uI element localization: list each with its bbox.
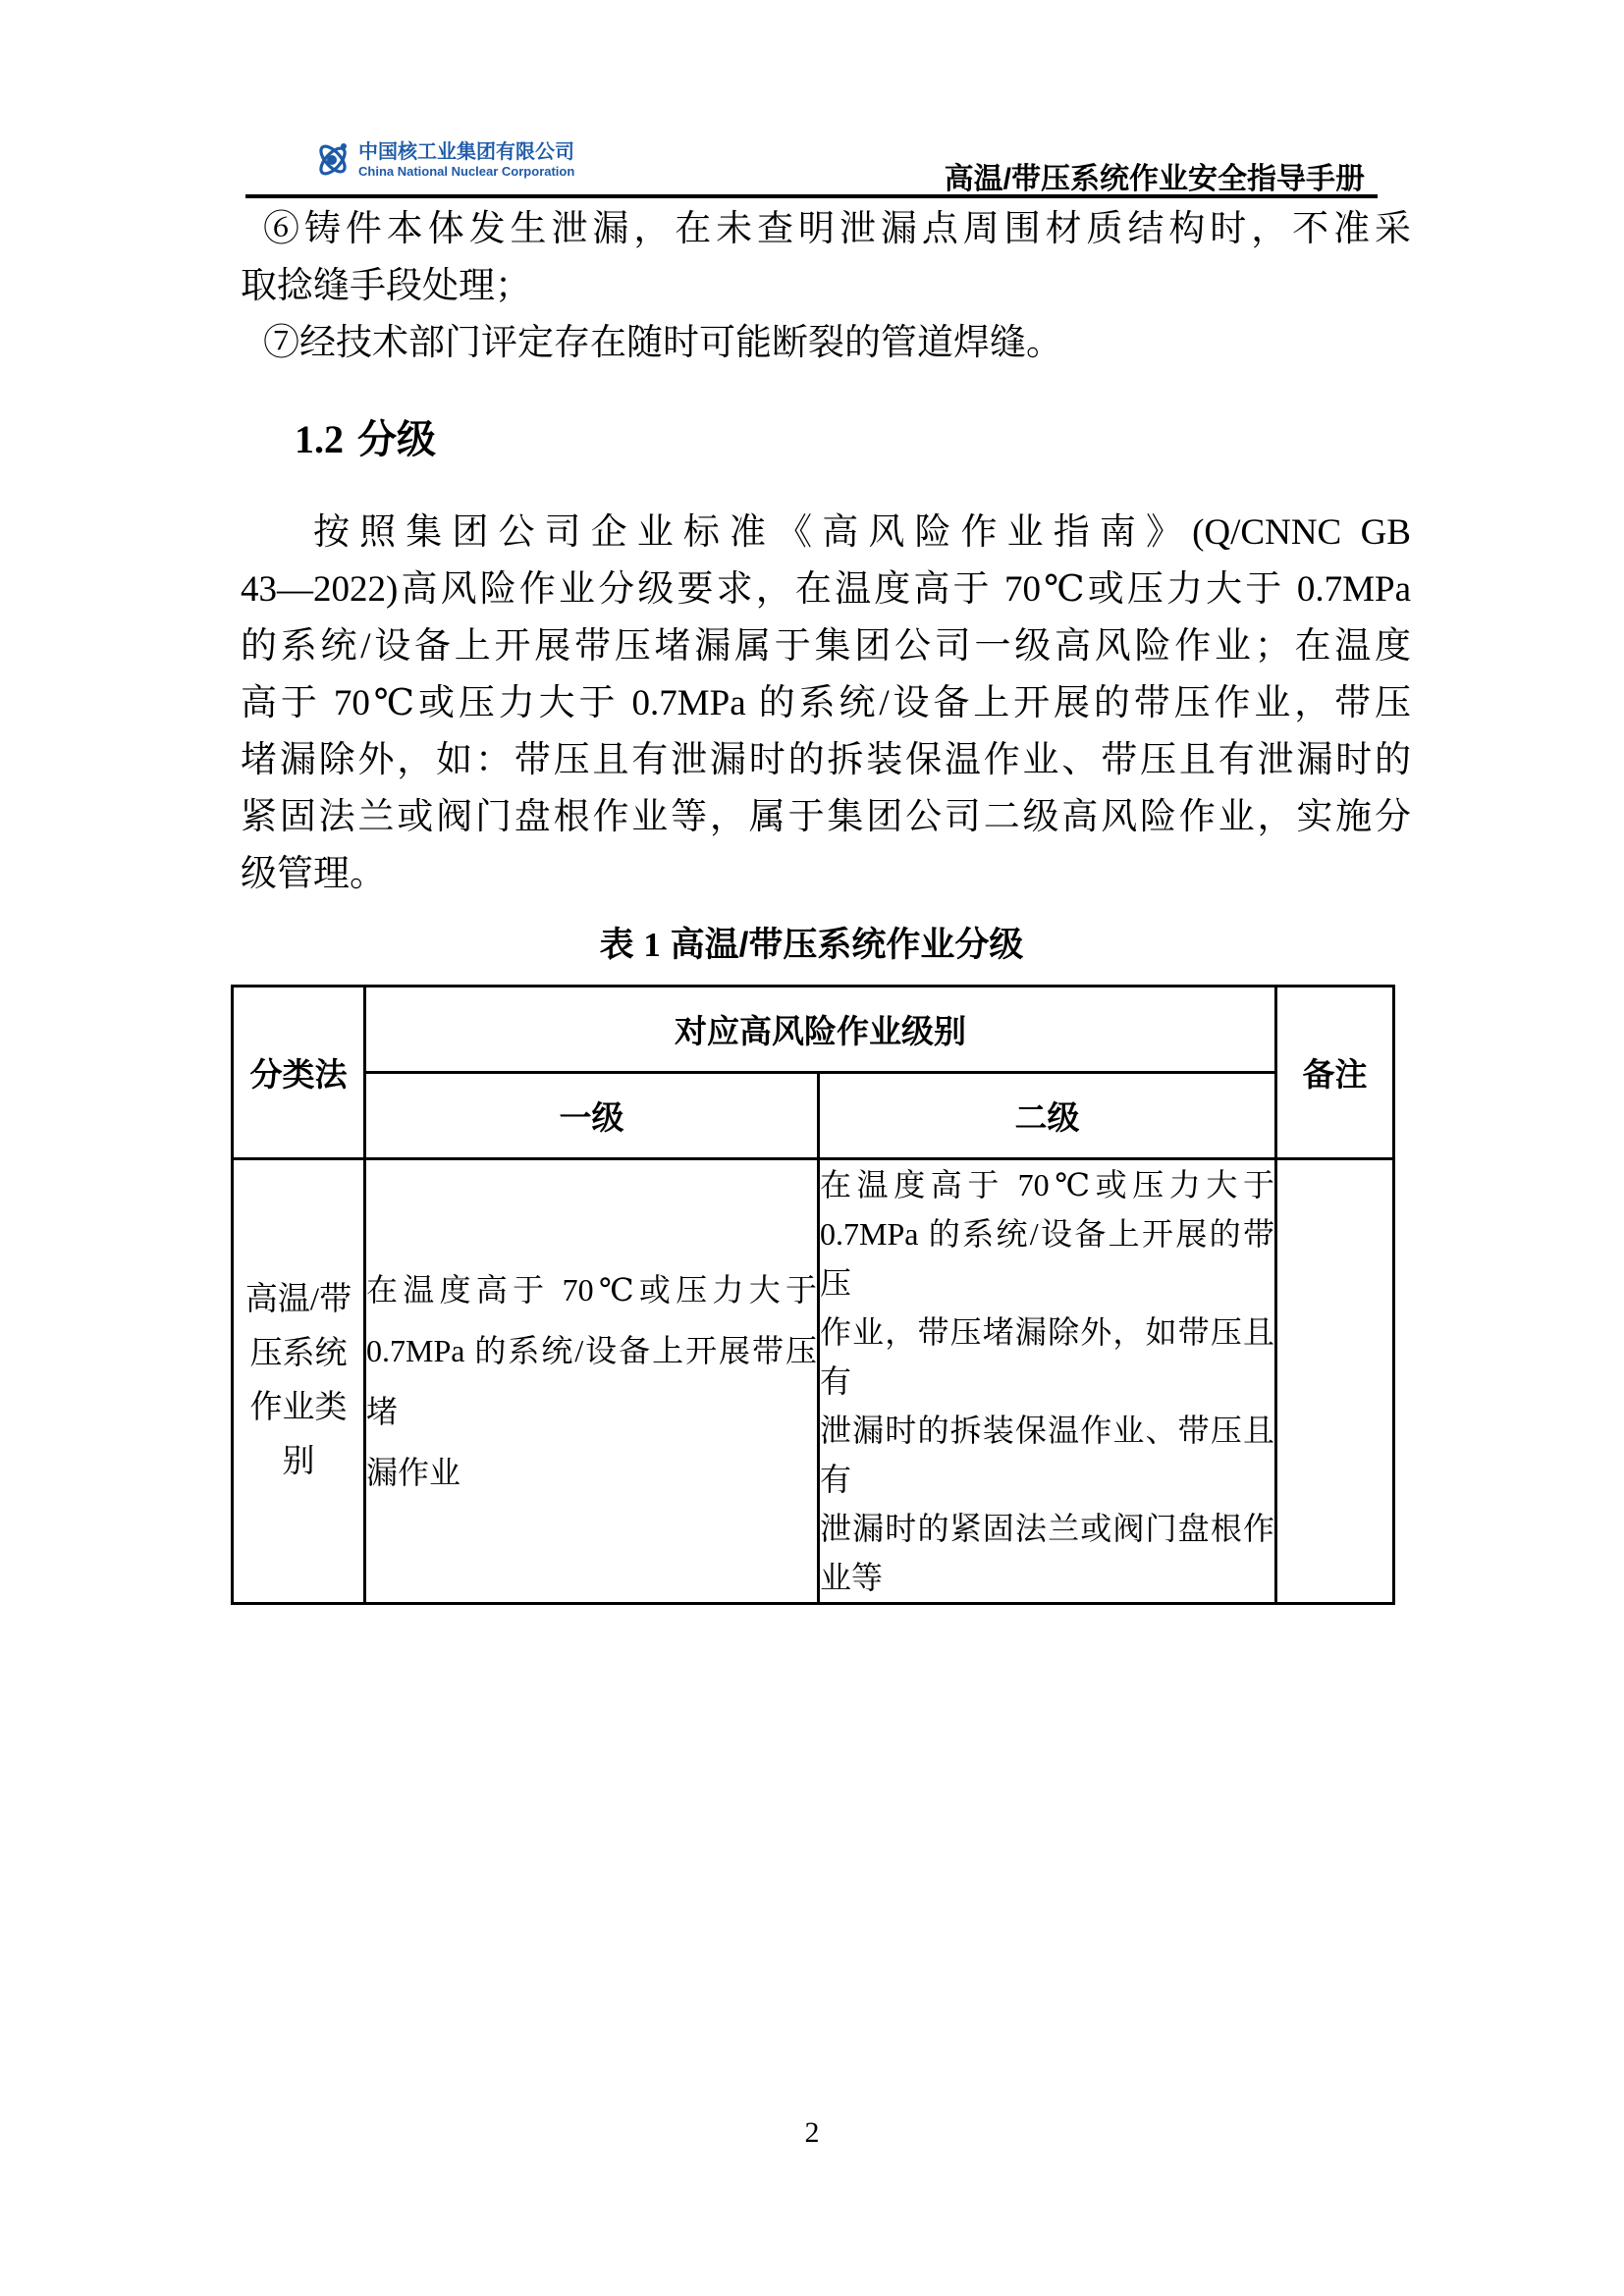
th-level-1: 一级 <box>365 1073 819 1159</box>
paragraph-line: 43—2022)高风险作业分级要求，在温度高于 70℃或压力大于 0.7MPa <box>241 561 1411 618</box>
section-number: 1.2 <box>295 417 344 461</box>
table-caption-prefix: 表 <box>600 926 634 964</box>
cell-category-line: 别 <box>234 1435 363 1489</box>
table-caption: 表 1 高温/带压系统作业分级 <box>231 927 1392 964</box>
clause-6-line-2: 取捻缝手段处理； <box>241 258 1411 315</box>
cell-level-2: 在温度高于 70℃或压力大于 0.7MPa 的系统/设备上开展的带压 作业，带压… <box>819 1159 1276 1604</box>
cell-category-line: 高温/带 <box>234 1273 363 1327</box>
logo-en-name: China National Nuclear Corporation <box>358 165 574 178</box>
section-title: 分级 <box>357 418 436 461</box>
cell-remark <box>1276 1159 1394 1604</box>
cell-level-2-line: 泄漏时的拆装保温作业、带压且有 <box>820 1406 1274 1504</box>
cell-level-2-line: 业等 <box>820 1553 1274 1602</box>
paragraph-line: 级管理。 <box>241 846 1411 903</box>
cell-level-1-line: 0.7MPa 的系统/设备上开展带压堵 <box>366 1320 817 1442</box>
clause-7-line: ⑦经技术部门评定存在随时可能断裂的管道焊缝。 <box>241 315 1411 372</box>
document-page: 中国核工业集团有限公司 China National Nuclear Corpo… <box>0 0 1624 2296</box>
classification-table: 分类法 对应高风险作业级别 备注 一级 二级 高温/带 压系统 作业类 别 在温… <box>231 985 1395 1605</box>
logo-zh-name: 中国核工业集团有限公司 <box>358 142 574 162</box>
th-risk-group: 对应高风险作业级别 <box>365 987 1276 1073</box>
cell-category: 高温/带 压系统 作业类 别 <box>233 1159 365 1604</box>
cell-category-line: 作业类 <box>234 1381 363 1435</box>
cell-level-1-line: 在温度高于 70℃或压力大于 <box>366 1259 817 1320</box>
table-caption-number: 1 <box>643 926 661 964</box>
page-number: 2 <box>0 2116 1624 2150</box>
paragraph-line: 紧固法兰或阀门盘根作业等，属于集团公司二级高风险作业，实施分 <box>241 789 1411 846</box>
clause-6-line-1: ⑥铸件本体发生泄漏，在未查明泄漏点周围材质结构时，不准采 <box>241 201 1411 258</box>
cell-level-1: 在温度高于 70℃或压力大于 0.7MPa 的系统/设备上开展带压堵 漏作业 <box>365 1159 819 1604</box>
table-caption-title: 高温/带压系统作业分级 <box>671 926 1024 964</box>
th-level-2: 二级 <box>819 1073 1276 1159</box>
th-classification: 分类法 <box>233 987 365 1159</box>
paragraph-line: 高于 70℃或压力大于 0.7MPa 的系统/设备上开展的带压作业，带压 <box>241 675 1411 732</box>
paragraph-line: 堵漏除外，如：带压且有泄漏时的拆装保温作业、带压且有泄漏时的 <box>241 732 1411 789</box>
grading-paragraph: 按照集团公司企业标准《高风险作业指南》(Q/CNNC GB 43—2022)高风… <box>241 505 1411 903</box>
cell-level-1-line: 漏作业 <box>366 1442 817 1503</box>
cell-level-2-line: 泄漏时的紧固法兰或阀门盘根作 <box>820 1504 1274 1553</box>
paragraph-line: 按照集团公司企业标准《高风险作业指南》(Q/CNNC GB <box>241 505 1411 561</box>
cell-level-2-line: 0.7MPa 的系统/设备上开展的带压 <box>820 1209 1274 1308</box>
cell-level-2-line: 作业，带压堵漏除外，如带压且有 <box>820 1308 1274 1406</box>
cell-level-2-line: 在温度高于 70℃或压力大于 <box>820 1160 1274 1209</box>
atom-orbit-icon <box>314 138 352 182</box>
header-doc-title: 高温/带压系统作业安全指导手册 <box>945 154 1365 197</box>
logo-text-block: 中国核工业集团有限公司 China National Nuclear Corpo… <box>358 142 574 178</box>
header-rule <box>245 194 1378 198</box>
cnnc-logo: 中国核工业集团有限公司 China National Nuclear Corpo… <box>314 138 574 182</box>
cell-category-line: 压系统 <box>234 1327 363 1381</box>
th-remark: 备注 <box>1276 987 1394 1159</box>
paragraph-line: 的系统/设备上开展带压堵漏属于集团公司一级高风险作业；在温度 <box>241 618 1411 675</box>
clause-6-paragraph: ⑥铸件本体发生泄漏，在未查明泄漏点周围材质结构时，不准采 取捻缝手段处理； ⑦经… <box>241 201 1411 372</box>
section-heading: 1.2分级 <box>295 416 436 463</box>
